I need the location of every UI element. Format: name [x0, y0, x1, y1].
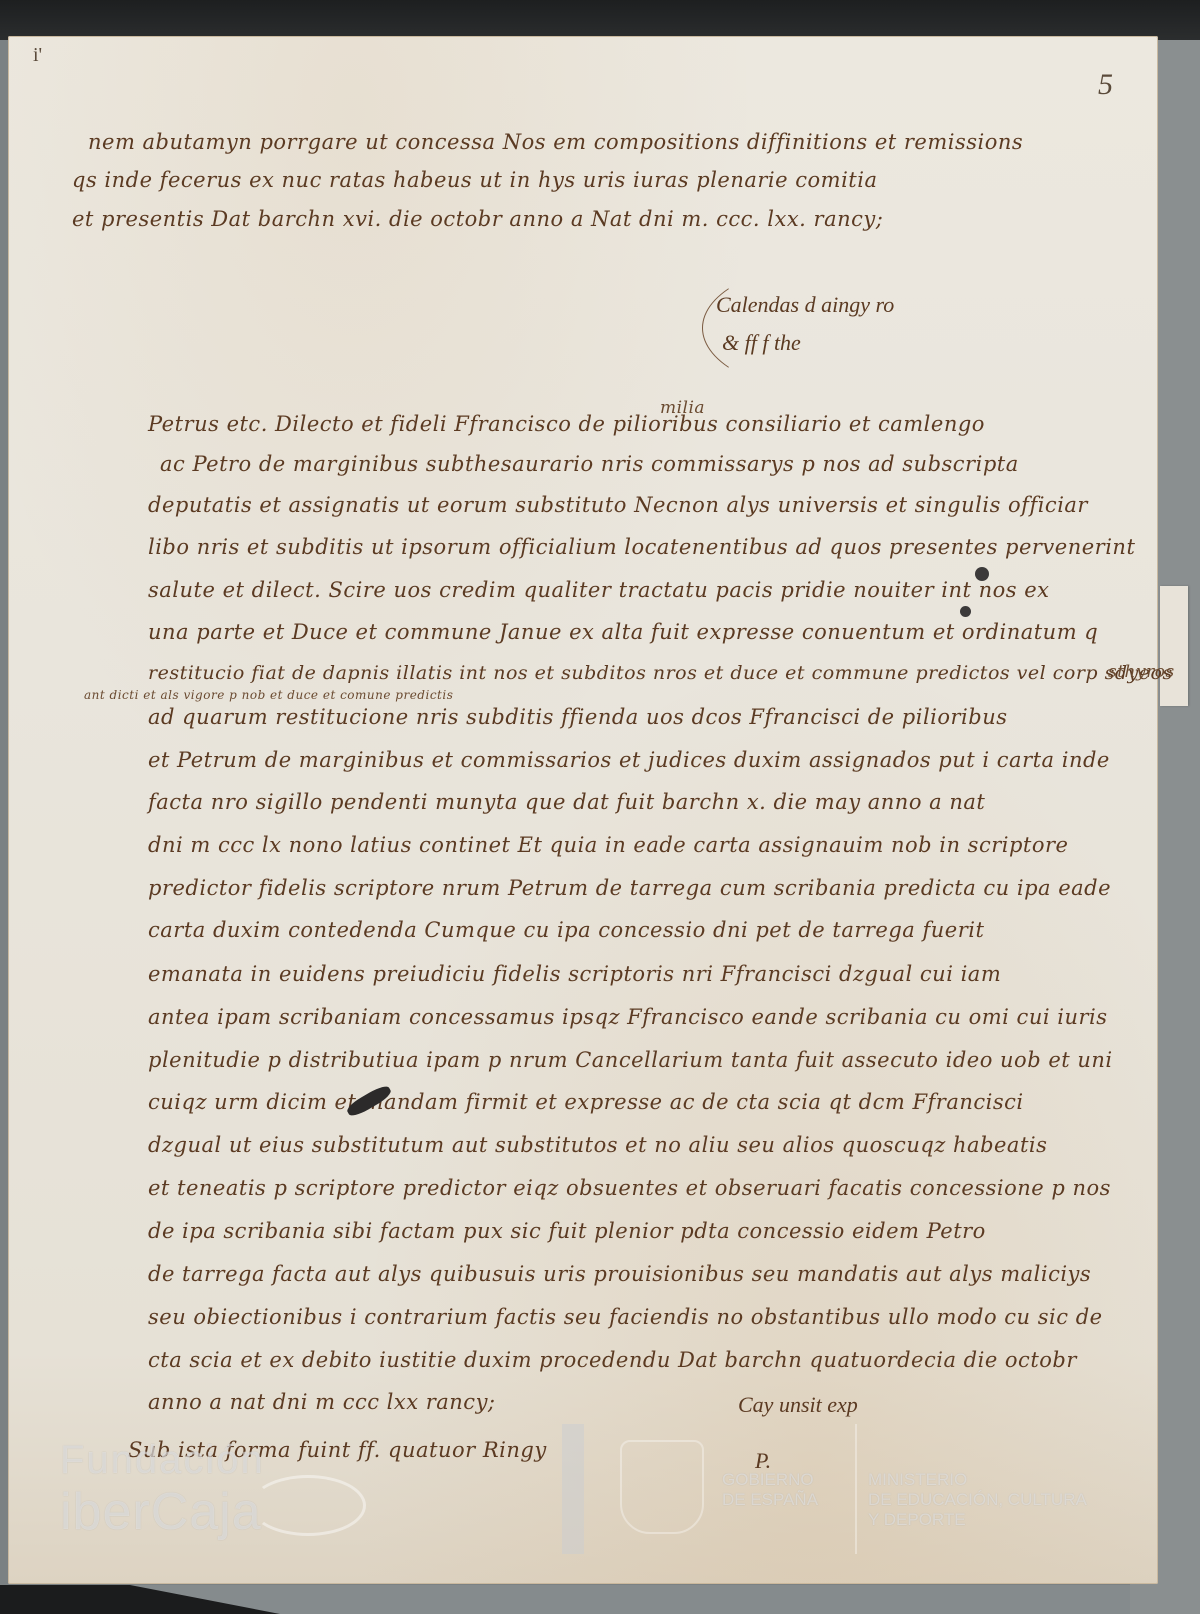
ink-stain: [960, 606, 971, 617]
ministry-line: MINISTERIO: [868, 1470, 1087, 1490]
main-text-line: carta duxim contedenda Cumque cu ipa con…: [148, 918, 984, 942]
main-text-line: Petrus etc. Dilecto et fideli Ffrancisco…: [148, 412, 985, 436]
main-text-line: seu obiectionibus i contrarium factis se…: [148, 1305, 1103, 1329]
watermark-ministerio: MINISTERIO DE EDUCACIÓN, CULTURA Y DEPOR…: [868, 1470, 1087, 1530]
side-slip-note: sthyros: [1108, 662, 1175, 682]
margin-note: ant dicti et als vigore p nob et duce et…: [84, 688, 453, 702]
main-text-line: et Petrum de marginibus et commissarios …: [148, 748, 1110, 772]
folio-number: 5: [1098, 68, 1113, 102]
scanner-top-edge: [0, 0, 1200, 40]
watermark-ibercaja: iberCaja: [60, 1482, 262, 1542]
main-text-line: et teneatis p scriptore predictor eiqz o…: [148, 1176, 1111, 1200]
watermark-fundacion: Fundación: [60, 1438, 265, 1483]
main-text-line: antea ipam scribaniam concessamus ipsqz …: [148, 1005, 1108, 1029]
ibercaja-logo-icon: [250, 1475, 366, 1536]
corner-mark: i': [33, 44, 42, 67]
gov-line: GOBIERNO: [722, 1470, 818, 1490]
main-text-line: ac Petro de marginibus subthesaurario nr…: [160, 452, 1019, 476]
gov-line: DE ESPAÑA: [722, 1490, 818, 1510]
main-text-line: libo nris et subditis ut ipsorum officia…: [148, 535, 1135, 559]
top-text-line: qs inde fecerus ex nuc ratas habeus ut i…: [72, 168, 877, 192]
main-text-line: una parte et Duce et commune Janue ex al…: [148, 620, 1098, 644]
paper-slip-tab: [1160, 586, 1188, 706]
main-text-line: dzgual ut eius substitutum aut substitut…: [148, 1133, 1047, 1157]
main-text-line: cuiqz urm dicim et mandam firmit et expr…: [148, 1090, 1024, 1114]
main-text-line: cta scia et ex debito iustitie duxim pro…: [148, 1348, 1077, 1372]
main-text-line: predictor fidelis scriptore nrum Petrum …: [148, 876, 1111, 900]
main-text-line: plenitudie p distributiua ipam p nrum Ca…: [148, 1048, 1113, 1072]
signature-flourish: [702, 262, 964, 394]
top-text-line: et presentis Dat barchn xvi. die octobr …: [72, 207, 883, 231]
ink-stain: [975, 567, 989, 581]
main-text-line: emanata in euidens preiudiciu fidelis sc…: [148, 962, 1001, 986]
main-text-line: facta nro sigillo pendenti munyta que da…: [148, 790, 985, 814]
eu-flag-stripe-icon: [562, 1424, 584, 1554]
watermark-gobierno: GOBIERNO DE ESPAÑA: [722, 1470, 818, 1510]
main-text-line: restitucio fiat de dapnis illatis int no…: [148, 662, 1173, 684]
main-text-line: deputatis et assignatis ut eorum substit…: [148, 493, 1088, 517]
lower-signature-line: Cay unsit exp: [738, 1392, 858, 1418]
main-text-line: dni m ccc lx nono latius continet Et qui…: [148, 833, 1068, 857]
spain-coat-of-arms-icon: [620, 1440, 704, 1534]
main-text-line: de tarrega facta aut alys quibusuis uris…: [148, 1262, 1091, 1286]
main-text-line: de ipa scribania sibi factam pux sic fui…: [148, 1219, 986, 1243]
main-text-line: salute et dilect. Scire uos credim quali…: [148, 578, 1050, 602]
ministry-line: DE EDUCACIÓN, CULTURA: [868, 1490, 1087, 1510]
main-text-line: ad quarum restitucione nris subditis ffi…: [148, 705, 1008, 729]
main-text-line: anno a nat dni m ccc lxx rancy;: [148, 1390, 496, 1414]
ministry-line: Y DEPORTE: [868, 1510, 1087, 1530]
top-text-line: nem abutamyn porrgare ut concessa Nos em…: [88, 130, 1023, 154]
watermark-divider: [855, 1424, 857, 1554]
